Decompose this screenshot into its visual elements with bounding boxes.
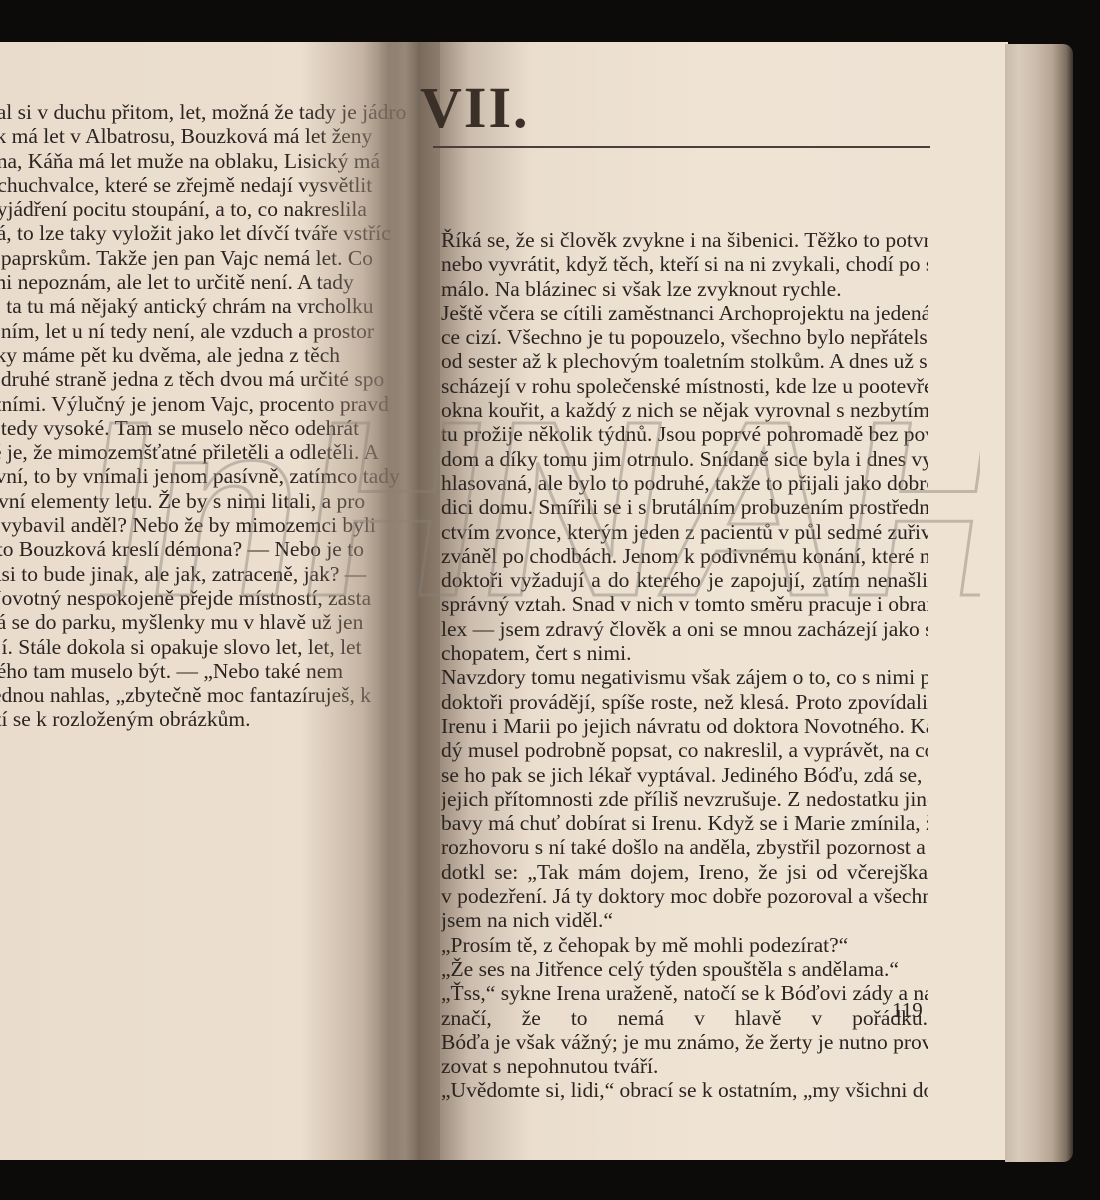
text-line: ají. Stále dokola si opakuje slovo let, … <box>0 635 440 659</box>
text-line: ani nepoznám, ale let to určitě není. A … <box>0 270 440 294</box>
text-line: bavy má chuť dobírat si Irenu. Když se i… <box>441 811 928 835</box>
text-line: vyjádření pocitu stoupání, a to, co nakr… <box>0 197 440 221</box>
text-line: rozhovoru s ní také došlo na anděla, zby… <box>441 835 928 859</box>
text-line: tivní elementy letu. Že by s nimi litali… <box>0 489 440 513</box>
text-line: Irenu i Marii po jejich návratu od dokto… <box>441 714 928 738</box>
text-line: zváněl po chodbách. Jenom k podivnému ko… <box>441 544 928 568</box>
text-line: Novotný nespokojeně přejde místností, za… <box>0 586 440 610</box>
text-line: té je, že mimozemšťatné přiletěli a odle… <box>0 440 440 464</box>
text-line: a druhé straně jedna z těch dvou má urči… <box>0 367 440 391</box>
text-line: dotkl se: „Tak mám dojem, Ireno, že jsi … <box>441 860 928 884</box>
text-line: cky máme pět ku dvěma, ale jedna z těch <box>0 343 440 367</box>
text-line: scházejí v rohu společenské místnosti, k… <box>441 374 928 398</box>
text-line: jejich přítomnosti zde příliš nevzrušuje… <box>441 787 928 811</box>
text-line: ona, Káňa má let muže na oblaku, Lisický… <box>0 149 440 173</box>
text-line: dý musel podrobně popsat, co nakreslil, … <box>441 738 928 762</box>
text-line: dom a díky tomu jim otrnulo. Snídaně sic… <box>441 447 928 471</box>
text-line: málo. Na blázinec si však lze zvyknout r… <box>441 277 928 301</box>
page-number: 119 <box>892 998 923 1023</box>
right-page-text: Říká se, že si člověk zvykne i na šibeni… <box>441 228 928 1103</box>
chapter-heading: VII. <box>420 74 530 141</box>
text-line: e tedy vysoké. Tam se muselo něco odehrá… <box>0 416 440 440</box>
text-line: „Prosím tě, z čehopak by mě mohli podezí… <box>441 933 928 957</box>
text-line: é vybavil anděl? Nebo že by mimozemci by… <box>0 513 440 537</box>
text-line: ctvím zvonce, kterým jeden z pacientů v … <box>441 520 928 544</box>
text-line: „Uvědomte si, lidi,“ obrací se k ostatní… <box>441 1078 928 1102</box>
text-line: jednou nahlas, „zbytečně moc fantazíruje… <box>0 683 440 707</box>
text-line: ce cizí. Všechno je tu popouzelo, všechn… <box>441 325 928 349</box>
chapter-rule <box>433 146 930 148</box>
text-line: nebo vyvrátit, když těch, kteří si na ni… <box>441 252 928 276</box>
text-line: dici domu. Smířili se i s brutálním prob… <box>441 495 928 519</box>
text-line: í chuchvalce, které se zřejmě nedají vys… <box>0 173 440 197</box>
text-line: se ho pak se jich lékař vyptával. Jediné… <box>441 763 928 787</box>
text-line: Říká se, že si člověk zvykne i na šibeni… <box>441 228 928 252</box>
text-line: ek má let v Albatrosu, Bouzková má let ž… <box>0 124 440 148</box>
text-line: zovat s nepohnutou tváří. <box>441 1054 928 1078</box>
text-line: chopatem, čert s nimi. <box>441 641 928 665</box>
text-line: atními. Výlučný je jenom Vajc, procento … <box>0 392 440 416</box>
text-line: Asi to bude jinak, ale jak, zatraceně, j… <box>0 562 440 586</box>
text-line: avní, to by vnímali jenom pasívně, zatím… <box>0 464 440 488</box>
page-edges <box>1005 44 1073 1162</box>
text-line: a paprskům. Takže jen pan Vajc nemá let.… <box>0 246 440 270</box>
text-line: vá, to lze taky vyložit jako let dívčí t… <box>0 221 440 245</box>
text-line: lex — jsem zdravý člověk a oni se mnou z… <box>441 617 928 641</box>
text-line: „Že ses na Jitřence celý týden spouštěla… <box>441 957 928 981</box>
text-line: doktoři vyžadují a do kterého je zapojuj… <box>441 568 928 592</box>
text-line: Bóďa je však vážný; je mu známo, že žert… <box>441 1030 928 1054</box>
text-line: doktoři provádějí, spíše roste, než kles… <box>441 690 928 714</box>
text-line: vého tam muselo být. — „Nebo také nem <box>0 659 440 683</box>
text-line: á, ta tu má nějaký antický chrám na vrch… <box>0 294 440 318</box>
text-line: hlasovaná, ale bylo to podruhé, takže to… <box>441 471 928 495</box>
text-line: Ještě včera se cítili zaměstnanci Archop… <box>441 301 928 325</box>
text-line: Navzdory tomu negativismu však zájem o t… <box>441 665 928 689</box>
text-line: oto Bouzková kreslí démona? — Nebo je to <box>0 537 440 561</box>
text-line: v podezření. Já ty doktory moc dobře poz… <box>441 884 928 908</box>
text-line: kal si v duchu přitom, let, možná že tad… <box>0 100 440 124</box>
text-line: „Ťss,“ sykne Irena uraženě, natočí se k … <box>441 981 928 1005</box>
text-line: od sester až k plechovým toaletním stolk… <box>441 349 928 373</box>
text-line: okna kouřit, a každý z nich se nějak vyr… <box>441 398 928 422</box>
text-line: vá se do parku, myšlenky mu v hlavě už j… <box>0 610 440 634</box>
text-line: jsem na nich viděl.“ <box>441 908 928 932</box>
book-spine <box>405 42 435 1160</box>
text-line: tu prožije několik týdnů. Jsou poprvé po… <box>441 422 928 446</box>
left-page-text: kal si v duchu přitom, let, možná že tad… <box>0 100 440 732</box>
text-line: správný vztah. Snad v nich v tomto směru… <box>441 592 928 616</box>
text-line: a ním, let u ní tedy není, ale vzduch a … <box>0 319 440 343</box>
text-line: átí se k rozloženým obrázkům. <box>0 707 440 731</box>
text-line: značí, že to nemá v hlavě v pořádku. <box>441 1006 928 1030</box>
